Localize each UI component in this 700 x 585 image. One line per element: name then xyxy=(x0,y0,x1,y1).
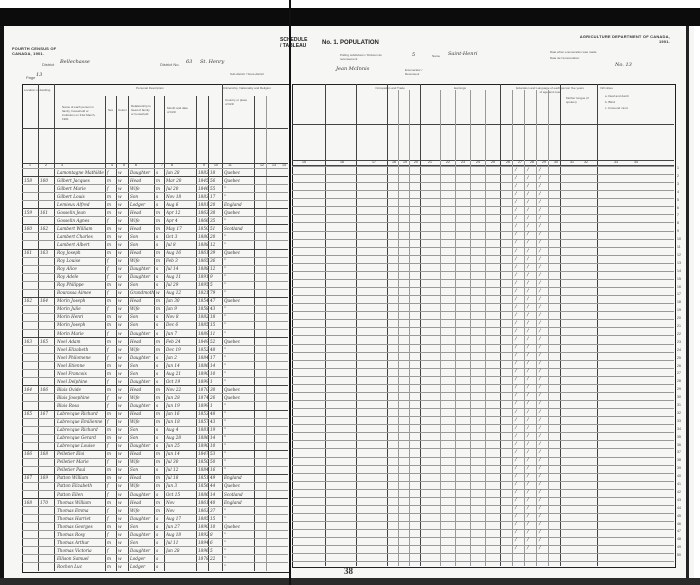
check-mark: / xyxy=(539,465,541,471)
row-divider xyxy=(292,287,674,288)
cell-family: 166 xyxy=(40,387,54,392)
cell-birth: Jun 14 xyxy=(166,451,196,456)
line-number: 28 xyxy=(677,379,681,383)
cell-birth: Aug 11 xyxy=(166,274,196,279)
row-divider xyxy=(292,335,674,336)
cell-status: m xyxy=(156,451,164,456)
cell-status: m xyxy=(156,306,164,311)
cell-birth: Nov xyxy=(166,500,196,505)
department-title: AGRICULTURE DEPARTMENT OF CANADA, 1901. xyxy=(575,34,670,44)
check-mark: / xyxy=(539,312,541,318)
check-mark: / xyxy=(515,505,517,511)
check-mark: / xyxy=(527,223,529,229)
cell-age: 1 xyxy=(210,379,222,384)
cell-name: Thomas William xyxy=(57,500,105,505)
line-number: 3 xyxy=(677,182,679,186)
place-value: Saint-Henri xyxy=(448,51,477,57)
cell-birth: Aug 28 xyxy=(166,435,196,440)
column-number: 27 xyxy=(514,160,526,164)
line-number: 20 xyxy=(677,316,681,320)
check-mark: / xyxy=(539,545,541,551)
cell-status: s xyxy=(156,371,164,376)
cell-age: 14 xyxy=(210,363,222,368)
cell-country: " xyxy=(224,467,254,472)
cell-birth: Nov 8 xyxy=(166,314,196,319)
cell-year: 1857 xyxy=(198,419,208,424)
cell-birth: Aug 18 xyxy=(166,532,196,537)
cell-relation: Wife xyxy=(130,395,154,400)
cell-name: Rochon Luc xyxy=(57,564,105,569)
col-divider xyxy=(500,84,501,566)
cell-sex: f xyxy=(107,548,115,553)
cell-age: 10 xyxy=(210,524,222,529)
line-number: 43 xyxy=(677,498,681,502)
cell-year: 1858 xyxy=(198,306,208,311)
cell-birth: Jun 27 xyxy=(166,524,196,529)
line-number: 37 xyxy=(677,450,681,454)
check-mark: / xyxy=(515,199,517,205)
check-mark: / xyxy=(515,417,517,423)
cell-name: Roy Philippe xyxy=(57,282,105,287)
column-number: 24 xyxy=(472,160,484,164)
enumeration-label: Polling subdivision / Division de recens… xyxy=(340,53,400,61)
cell-name: Thomas Harriet xyxy=(57,516,105,521)
cell-name: Noel Adam xyxy=(57,339,105,344)
cell-relation: Daughter xyxy=(130,274,154,279)
cell-year: 1885 xyxy=(198,516,208,521)
check-mark: / xyxy=(515,529,517,535)
check-mark: / xyxy=(515,239,517,245)
row-divider xyxy=(292,440,674,441)
cell-status: m xyxy=(156,347,164,352)
cell-age: 20 xyxy=(210,234,222,239)
cell-status: s xyxy=(156,435,164,440)
check-mark: / xyxy=(527,529,529,535)
row-divider xyxy=(292,222,674,223)
enumerator-label: Enumerator / Recenseur xyxy=(405,68,435,76)
check-mark: / xyxy=(515,256,517,262)
row-divider xyxy=(292,263,674,264)
check-mark: / xyxy=(539,441,541,447)
cell-family: 162 xyxy=(40,226,54,231)
check-mark: / xyxy=(539,272,541,278)
cell-house: 164 xyxy=(24,387,38,392)
cell-year: 1882 xyxy=(198,314,208,319)
cell-birth: Jun 19 xyxy=(166,403,196,408)
check-mark: / xyxy=(527,320,529,326)
cell-name: Morin Henri xyxy=(57,314,105,319)
cell-birth: Aug 6 xyxy=(166,202,196,207)
cell-colour: w xyxy=(118,556,127,561)
row-divider xyxy=(292,279,674,280)
cell-age: 49 xyxy=(210,475,222,480)
cell-year: 1881 xyxy=(198,202,208,207)
cell-country: " xyxy=(224,322,254,327)
cell-relation: Wife xyxy=(130,459,154,464)
cell-name: Lambert William xyxy=(57,226,105,231)
check-mark: / xyxy=(515,497,517,503)
cell-name: Gosselin Agnes xyxy=(57,218,105,223)
cell-sex: m xyxy=(107,556,115,561)
cell-country: " xyxy=(224,540,254,545)
cell-birth: Aug 4 xyxy=(166,427,196,432)
check-mark: / xyxy=(515,288,517,294)
line-number: 22 xyxy=(677,332,681,336)
cell-year: 1847 xyxy=(198,451,208,456)
cell-relation: Son xyxy=(130,194,154,199)
check-mark: / xyxy=(527,167,529,173)
line-number: 36 xyxy=(677,443,681,447)
cell-relation: Son xyxy=(130,427,154,432)
cell-relation: Wife xyxy=(130,347,154,352)
check-mark: / xyxy=(527,457,529,463)
check-mark: / xyxy=(539,521,541,527)
row-divider xyxy=(292,537,674,538)
cell-birth: Jun 25 xyxy=(166,443,196,448)
cell-relation: Wife xyxy=(130,483,154,488)
check-mark: / xyxy=(515,207,517,213)
cell-relation: Wife xyxy=(130,419,154,424)
check-mark: / xyxy=(539,296,541,302)
cell-colour: w xyxy=(118,516,127,521)
cell-relation: Head xyxy=(130,226,154,231)
cell-name: Labrecque Gerard xyxy=(57,435,105,440)
check-mark: / xyxy=(515,304,517,310)
cell-age: 12 xyxy=(210,266,222,271)
line-number: 8 xyxy=(677,221,679,225)
line-number: 35 xyxy=(677,435,681,439)
cell-birth: Jan 2 xyxy=(166,355,196,360)
cell-name: Thomas Victoria xyxy=(57,548,105,553)
cell-colour: w xyxy=(118,508,127,513)
check-mark: / xyxy=(527,288,529,294)
cell-family: 165 xyxy=(40,339,54,344)
cell-family: 160 xyxy=(40,178,54,183)
check-mark: / xyxy=(515,521,517,527)
row-divider xyxy=(292,303,674,304)
check-mark: / xyxy=(515,400,517,406)
column-number: 21 xyxy=(424,160,436,164)
check-mark: / xyxy=(527,473,529,479)
cell-relation: Head xyxy=(130,475,154,480)
check-mark: / xyxy=(515,191,517,197)
cell-age: 38 xyxy=(210,210,222,215)
cell-country: " xyxy=(224,532,254,537)
check-mark: / xyxy=(515,344,517,350)
row-divider xyxy=(292,311,674,312)
cell-sex: f xyxy=(107,459,115,464)
check-mark: / xyxy=(515,280,517,286)
cell-year: 1899 xyxy=(198,379,208,384)
cell-year: 1884 xyxy=(198,355,208,360)
cell-year: 1850 xyxy=(198,226,208,231)
cell-relation: Head xyxy=(130,178,154,183)
check-mark: / xyxy=(515,473,517,479)
cell-country: " xyxy=(224,194,254,199)
check-mark: / xyxy=(539,264,541,270)
cell-relation: Son xyxy=(130,435,154,440)
cell-colour: w xyxy=(118,492,127,497)
cell-sex: m xyxy=(107,500,115,505)
cell-year: 1895 xyxy=(198,282,208,287)
cell-colour: w xyxy=(118,419,127,424)
cell-house: 165 xyxy=(24,411,38,416)
cell-country: England xyxy=(224,202,254,207)
column-number: 6 xyxy=(130,163,142,167)
cell-relation: Daughter xyxy=(130,170,154,175)
row-divider xyxy=(292,255,674,256)
cell-status: m xyxy=(156,178,164,183)
cell-relation: Daughter xyxy=(130,331,154,336)
cell-colour: w xyxy=(118,532,127,537)
cell-birth: Aug 17 xyxy=(166,516,196,521)
column-number: 3 xyxy=(56,163,68,167)
cell-country: Quebec xyxy=(224,298,254,303)
check-mark: / xyxy=(539,167,541,173)
cell-age: 48 xyxy=(210,411,222,416)
cell-name: Thomas Arthur xyxy=(57,540,105,545)
line-number: 31 xyxy=(677,403,681,407)
row-divider xyxy=(292,489,674,490)
cell-relation: Son xyxy=(130,524,154,529)
cell-sex: f xyxy=(107,290,115,295)
line-number: 4 xyxy=(677,190,679,194)
cell-birth: Jul 12 xyxy=(166,467,196,472)
cell-country: " xyxy=(224,403,254,408)
cell-status: m xyxy=(156,218,164,223)
check-mark: / xyxy=(515,457,517,463)
column-number: 29 xyxy=(538,160,550,164)
cell-status: s xyxy=(156,234,164,239)
check-mark: / xyxy=(527,400,529,406)
cell-birth: Nov xyxy=(166,508,196,513)
check-mark: / xyxy=(539,409,541,415)
cell-sex: f xyxy=(107,258,115,263)
row-divider xyxy=(292,206,674,207)
col-divider xyxy=(560,84,561,566)
cell-sex: f xyxy=(107,355,115,360)
cell-family: 163 xyxy=(40,250,54,255)
cell-name: Noel Elizabeth xyxy=(57,347,105,352)
cell-status: m xyxy=(156,508,164,513)
check-mark: / xyxy=(515,441,517,447)
check-mark: / xyxy=(539,288,541,294)
cell-status: s xyxy=(156,556,164,561)
check-mark: / xyxy=(515,264,517,270)
cell-colour: w xyxy=(118,210,127,215)
line-number: 26 xyxy=(677,364,681,368)
check-mark: / xyxy=(539,497,541,503)
check-mark: / xyxy=(539,328,541,334)
cell-birth: Jul 29 xyxy=(166,282,196,287)
col-divider xyxy=(387,84,388,566)
check-mark: / xyxy=(527,191,529,197)
cell-year: 1891 xyxy=(198,274,208,279)
cell-sex: f xyxy=(107,419,115,424)
line-number: 40 xyxy=(677,474,681,478)
cell-birth: Jun 28 xyxy=(166,395,196,400)
cell-status: m xyxy=(156,459,164,464)
line-number: 7 xyxy=(677,213,679,217)
cell-colour: w xyxy=(118,347,127,352)
cell-colour: w xyxy=(118,524,127,529)
cell-age: 48 xyxy=(210,347,222,352)
row-divider xyxy=(292,352,674,353)
education-section: Education and Language of each person fi… xyxy=(515,86,585,94)
col-divider xyxy=(597,84,598,566)
cell-status: s xyxy=(156,194,164,199)
cell-status: m xyxy=(156,210,164,215)
cell-age: 5 xyxy=(210,548,222,553)
row-divider xyxy=(292,473,674,474)
check-mark: / xyxy=(527,296,529,302)
check-mark: / xyxy=(539,360,541,366)
occupation-section: Occupation and Trade xyxy=(360,86,420,90)
cell-relation: Daughter xyxy=(130,443,154,448)
column-number: 16 xyxy=(336,160,348,164)
check-mark: / xyxy=(539,304,541,310)
cell-age: 18 xyxy=(210,314,222,319)
line-number: 24 xyxy=(677,348,681,352)
check-mark: / xyxy=(527,521,529,527)
cell-sex: f xyxy=(107,483,115,488)
check-mark: / xyxy=(527,207,529,213)
line-number: 47 xyxy=(677,529,681,533)
cell-status: s xyxy=(156,403,164,408)
cell-sex: m xyxy=(107,178,115,183)
infirmity-a: a. Deaf and dumb xyxy=(605,94,629,98)
cell-relation: Daughter xyxy=(130,355,154,360)
check-mark: / xyxy=(539,481,541,487)
cell-year: 1886 xyxy=(198,435,208,440)
check-mark: / xyxy=(527,231,529,237)
check-mark: / xyxy=(527,183,529,189)
check-mark: / xyxy=(527,336,529,342)
cell-sex: m xyxy=(107,202,115,207)
cell-colour: w xyxy=(118,548,127,553)
cell-birth: Jul 11 xyxy=(166,540,196,545)
cell-status: m xyxy=(156,186,164,191)
check-mark: / xyxy=(527,417,529,423)
cell-family: 161 xyxy=(40,210,54,215)
row-divider xyxy=(292,166,674,167)
cell-country: " xyxy=(224,234,254,239)
cell-colour: w xyxy=(118,427,127,432)
check-mark: / xyxy=(527,175,529,181)
line-number: 33 xyxy=(677,419,681,423)
check-mark: / xyxy=(515,465,517,471)
line-number: 39 xyxy=(677,466,681,470)
cell-colour: w xyxy=(118,322,127,327)
page-label: Page xyxy=(26,75,35,80)
check-mark: / xyxy=(515,312,517,318)
row-divider xyxy=(292,295,674,296)
birth-column-header: Month and date of birth xyxy=(167,106,189,114)
cell-age: 20 xyxy=(210,202,222,207)
column-number: 12 xyxy=(256,163,268,167)
column-number: 9 xyxy=(198,163,210,167)
cell-colour: w xyxy=(118,170,127,175)
check-mark: / xyxy=(527,425,529,431)
check-mark: / xyxy=(515,248,517,254)
personal-section: Personal Description xyxy=(110,86,190,90)
cell-age: 43 xyxy=(210,419,222,424)
cell-birth: Jun 14 xyxy=(166,363,196,368)
check-mark: / xyxy=(527,360,529,366)
check-mark: / xyxy=(515,392,517,398)
cell-age: 40 xyxy=(210,500,222,505)
line-number: 25 xyxy=(677,356,681,360)
cell-country: Quebec xyxy=(224,339,254,344)
line-number: 13 xyxy=(677,261,681,265)
page-value: 13 xyxy=(36,72,42,78)
cell-birth: Apr 12 xyxy=(166,210,196,215)
cell-name: Gilbert Marie xyxy=(57,186,105,191)
check-mark: / xyxy=(527,256,529,262)
column-number: 2 xyxy=(40,163,52,167)
cell-country: " xyxy=(224,451,254,456)
line-number: 32 xyxy=(677,411,681,415)
cell-birth: Mar 20 xyxy=(166,178,196,183)
column-number: 32 xyxy=(580,160,592,164)
cell-status: s xyxy=(156,443,164,448)
line-number: 42 xyxy=(677,490,681,494)
cell-house: 158 xyxy=(24,178,38,183)
cell-name: Blais Ovide xyxy=(57,387,105,392)
cell-relation: Grandmother xyxy=(130,290,154,295)
line-number: 46 xyxy=(677,522,681,526)
check-mark: / xyxy=(527,537,529,543)
cell-country: Scotland xyxy=(224,492,254,497)
cell-house: 160 xyxy=(24,226,38,231)
cell-country: " xyxy=(224,258,254,263)
line-number: 38 xyxy=(677,458,681,462)
check-mark: / xyxy=(539,336,541,342)
cell-colour: w xyxy=(118,178,127,183)
cell-relation: Daughter xyxy=(130,492,154,497)
check-mark: / xyxy=(539,320,541,326)
cell-colour: w xyxy=(118,202,127,207)
cell-age: 52 xyxy=(210,339,222,344)
cell-country: England xyxy=(224,475,254,480)
cell-birth: Dec 19 xyxy=(166,347,196,352)
page-fold xyxy=(289,0,291,585)
cell-name: Noel Etienne xyxy=(57,363,105,368)
cell-name: Patton William xyxy=(57,475,105,480)
cell-relation: Lodger xyxy=(130,202,154,207)
check-mark: / xyxy=(515,272,517,278)
cell-status: s xyxy=(156,282,164,287)
cell-relation: Head xyxy=(130,500,154,505)
cell-relation: Lodger xyxy=(130,564,154,569)
cell-age: 55 xyxy=(210,186,222,191)
check-mark: / xyxy=(539,239,541,245)
infirmities-section: Infirmities xyxy=(600,86,650,90)
cell-relation: Daughter xyxy=(130,379,154,384)
column-number: 1 xyxy=(24,163,36,167)
check-mark: / xyxy=(527,272,529,278)
cell-country: Scotland xyxy=(224,226,254,231)
cell-sex: f xyxy=(107,266,115,271)
cell-age: 43 xyxy=(210,306,222,311)
cell-house: 168 xyxy=(24,500,38,505)
place-label: Name xyxy=(432,54,440,58)
cell-name: Labrecque Louise xyxy=(57,443,105,448)
cell-name: Morin Joseph xyxy=(57,322,105,327)
row-divider xyxy=(292,368,674,369)
check-mark: / xyxy=(527,513,529,519)
cell-age: 18 xyxy=(210,170,222,175)
